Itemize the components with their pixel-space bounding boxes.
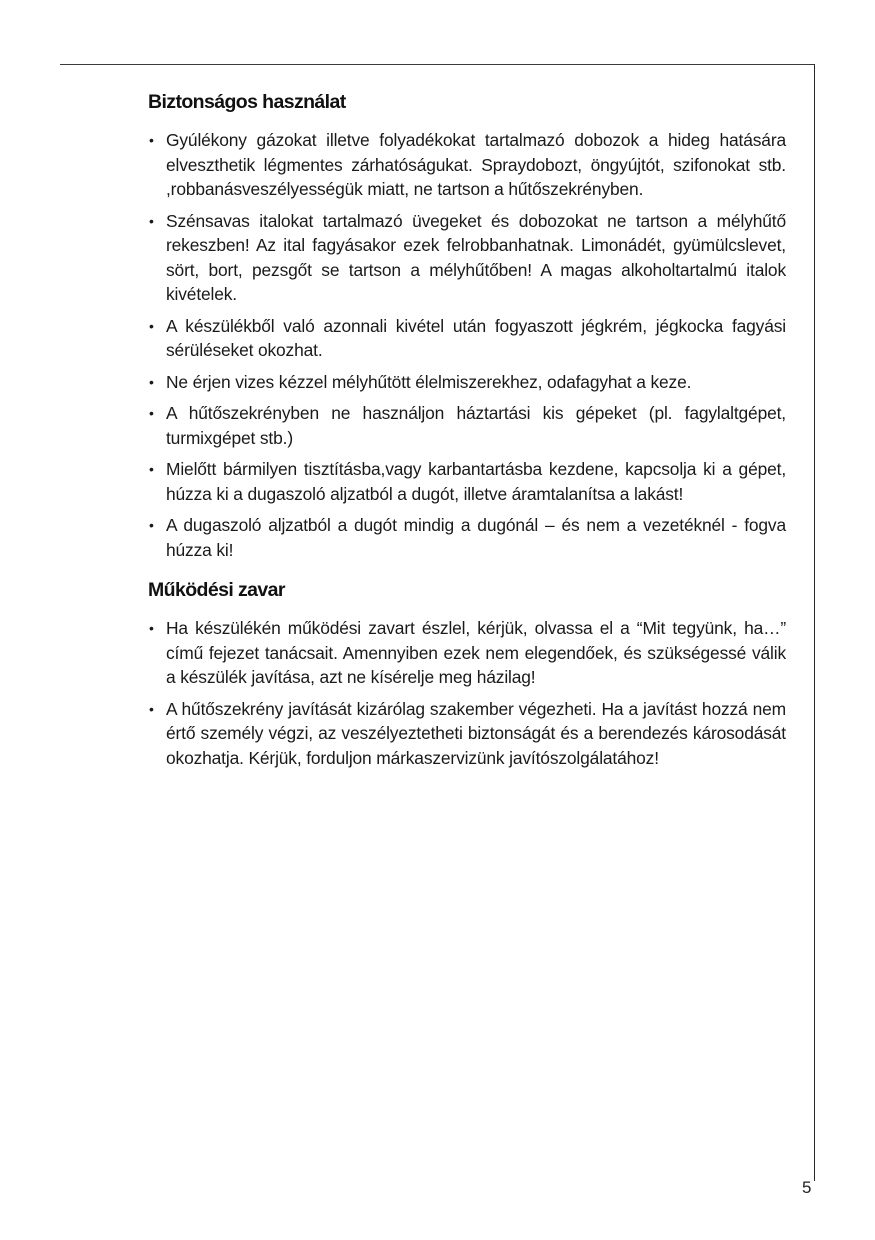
list-item-text: A hűtőszekrényben ne használjon háztartá… — [166, 403, 786, 448]
bullet-icon: • — [149, 457, 154, 482]
list-item-text: Mielőtt bármilyen tisztításba,vagy karba… — [166, 459, 786, 504]
malfunction-list: •Ha készülékén működési zavart észlel, k… — [148, 616, 786, 770]
list-item: •A hűtőszekrény javítását kizárólag szak… — [148, 697, 786, 771]
bullet-icon: • — [149, 401, 154, 426]
section-title-malfunction: Működési zavar — [148, 576, 786, 604]
list-item-text: A dugaszoló aljzatból a dugót mindig a d… — [166, 515, 786, 560]
list-item: •A hűtőszekrényben ne használjon háztart… — [148, 401, 786, 450]
list-item-text: Gyúlékony gázokat illetve folyadékokat t… — [166, 130, 786, 199]
list-item-text: A hűtőszekrény javítását kizárólag szake… — [166, 699, 786, 768]
list-item: •Ne érjen vizes kézzel mélyhűtött élelmi… — [148, 370, 786, 395]
bullet-icon: • — [149, 314, 154, 339]
list-item-text: A készülékből való azonnali kivétel után… — [166, 316, 786, 361]
bullet-icon: • — [149, 616, 154, 641]
bullet-icon: • — [149, 697, 154, 722]
list-item: •Mielőtt bármilyen tisztításba,vagy karb… — [148, 457, 786, 506]
page-content: Biztonságos használat •Gyúlékony gázokat… — [148, 88, 786, 777]
list-item: •Gyúlékony gázokat illetve folyadékokat … — [148, 128, 786, 202]
page-number: 5 — [802, 1178, 811, 1198]
bullet-icon: • — [149, 128, 154, 153]
list-item-text: Ne érjen vizes kézzel mélyhűtött élelmis… — [166, 372, 691, 392]
list-item-text: Ha készülékén működési zavart észlel, ké… — [166, 618, 786, 687]
safe-use-list: •Gyúlékony gázokat illetve folyadékokat … — [148, 128, 786, 562]
list-item-text: Szénsavas italokat tartalmazó üvegeket é… — [166, 211, 786, 305]
section-title-safe-use: Biztonságos használat — [148, 88, 786, 116]
top-border-rule — [60, 64, 815, 65]
bullet-icon: • — [149, 370, 154, 395]
bullet-icon: • — [149, 209, 154, 234]
list-item: •Ha készülékén működési zavart észlel, k… — [148, 616, 786, 690]
right-border-rule — [814, 64, 815, 1181]
list-item: •A készülékből való azonnali kivétel utá… — [148, 314, 786, 363]
bullet-icon: • — [149, 513, 154, 538]
list-item: •A dugaszoló aljzatból a dugót mindig a … — [148, 513, 786, 562]
list-item: •Szénsavas italokat tartalmazó üvegeket … — [148, 209, 786, 307]
